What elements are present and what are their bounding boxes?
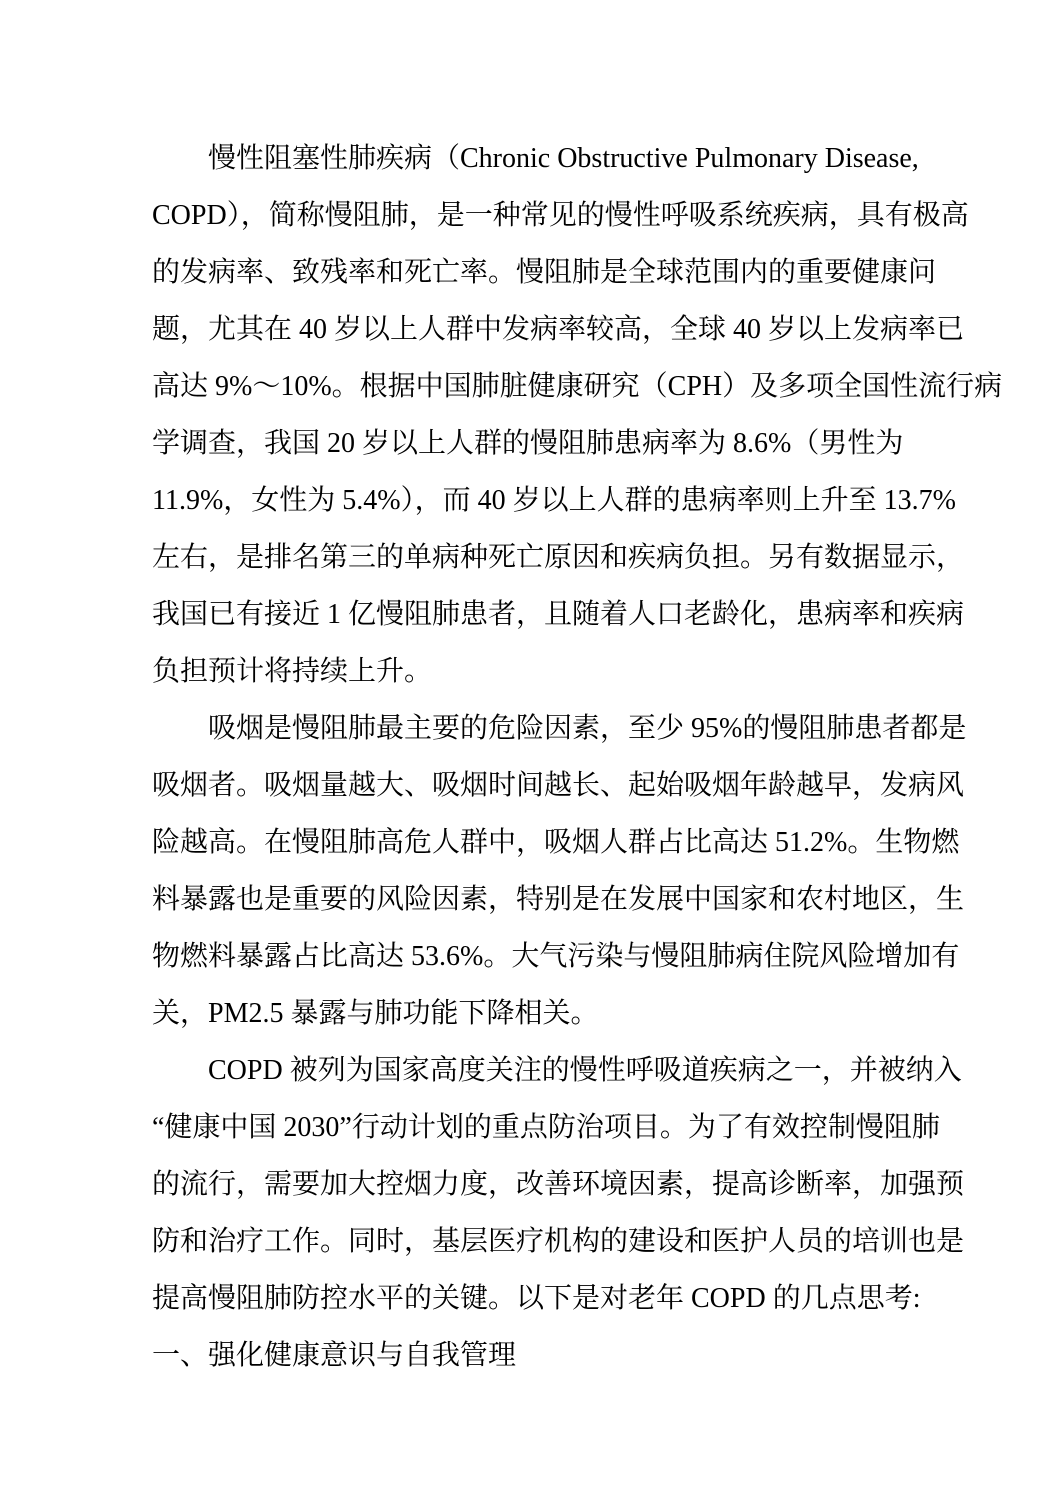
text-line: COPD 被列为国家高度关注的慢性呼吸道疾病之一，并被纳入 xyxy=(152,1042,922,1099)
section-heading: 一、强化健康意识与自我管理 xyxy=(152,1327,922,1384)
text-line: 的流行，需要加大控烟力度，改善环境因素，提高诊断率，加强预 xyxy=(152,1156,922,1213)
text-line: 11.9%，女性为 5.4%），而 40 岁以上人群的患病率则上升至 13.7% xyxy=(152,472,922,529)
text-line: 料暴露也是重要的风险因素，特别是在发展中国家和农村地区，生 xyxy=(152,871,922,928)
paragraph: 吸烟是慢阻肺最主要的危险因素，至少 95%的慢阻肺患者都是吸烟者。吸烟量越大、吸… xyxy=(152,700,922,1042)
text-line: 高达 9%～10%。根据中国肺脏健康研究（CPH）及多项全国性流行病 xyxy=(152,358,922,415)
text-line: 防和治疗工作。同时，基层医疗机构的建设和医护人员的培训也是 xyxy=(152,1213,922,1270)
text-line: 物燃料暴露占比高达 53.6%。大气污染与慢阻肺病住院风险增加有 xyxy=(152,928,922,985)
text-line: 提高慢阻肺防控水平的关键。以下是对老年 COPD 的几点思考: xyxy=(152,1270,922,1327)
text-line: 关，PM2.5 暴露与肺功能下降相关。 xyxy=(152,985,922,1042)
paragraph: 慢性阻塞性肺疾病（Chronic Obstructive Pulmonary D… xyxy=(152,130,922,700)
document-body: 慢性阻塞性肺疾病（Chronic Obstructive Pulmonary D… xyxy=(152,130,922,1384)
text-line: 学调查，我国 20 岁以上人群的慢阻肺患病率为 8.6%（男性为 xyxy=(152,415,922,472)
text-line: 吸烟是慢阻肺最主要的危险因素，至少 95%的慢阻肺患者都是 xyxy=(152,700,922,757)
text-line: 一、强化健康意识与自我管理 xyxy=(152,1327,922,1384)
text-line: 险越高。在慢阻肺高危人群中，吸烟人群占比高达 51.2%。生物燃 xyxy=(152,814,922,871)
document-page: 慢性阻塞性肺疾病（Chronic Obstructive Pulmonary D… xyxy=(0,0,1059,1497)
text-line: 左右，是排名第三的单病种死亡原因和疾病负担。另有数据显示， xyxy=(152,529,922,586)
text-line: 我国已有接近 1 亿慢阻肺患者，且随着人口老龄化，患病率和疾病 xyxy=(152,586,922,643)
text-line: “健康中国 2030”行动计划的重点防治项目。为了有效控制慢阻肺 xyxy=(152,1099,922,1156)
text-line: 吸烟者。吸烟量越大、吸烟时间越长、起始吸烟年龄越早，发病风 xyxy=(152,757,922,814)
text-line: 慢性阻塞性肺疾病（Chronic Obstructive Pulmonary D… xyxy=(152,130,922,187)
text-line: 题，尤其在 40 岁以上人群中发病率较高，全球 40 岁以上发病率已 xyxy=(152,301,922,358)
paragraph: COPD 被列为国家高度关注的慢性呼吸道疾病之一，并被纳入“健康中国 2030”… xyxy=(152,1042,922,1327)
text-line: 负担预计将持续上升。 xyxy=(152,643,922,700)
text-line: 的发病率、致残率和死亡率。慢阻肺是全球范围内的重要健康问 xyxy=(152,244,922,301)
text-line: COPD），简称慢阻肺，是一种常见的慢性呼吸系统疾病，具有极高 xyxy=(152,187,922,244)
